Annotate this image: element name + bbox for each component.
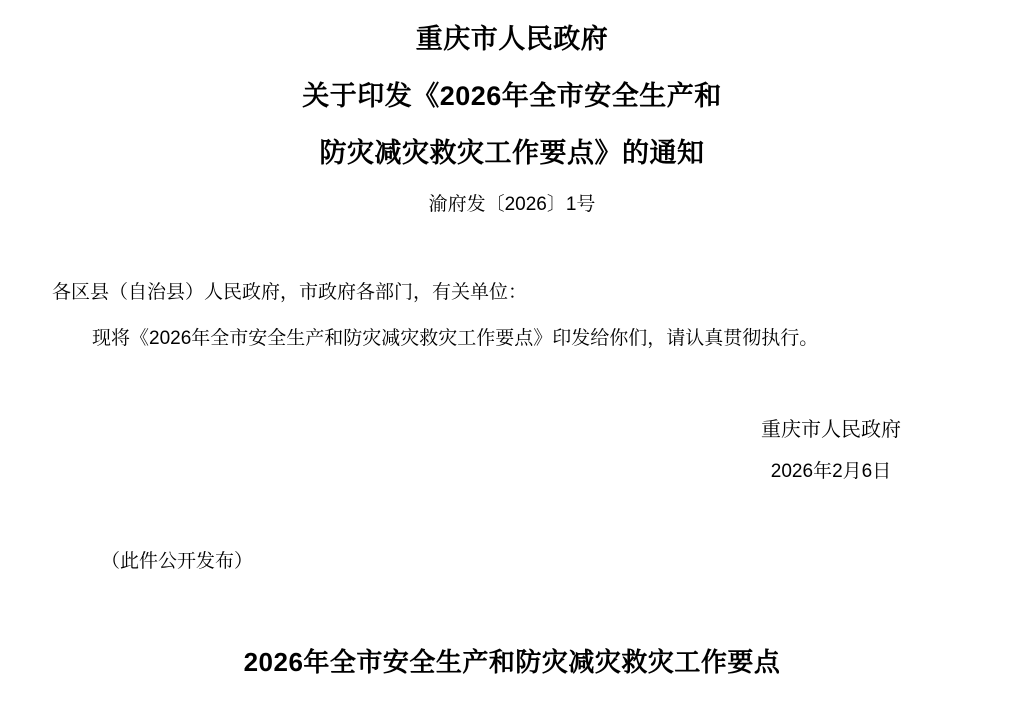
signature-name: 重庆市人民政府	[760, 413, 902, 442]
doc-title-line-3: 防灾减灾救灾工作要点》的通知	[0, 131, 1024, 170]
doc-number: 渝府发〔2026〕1号	[0, 189, 1024, 216]
signature-date: 2026年2月6日	[760, 456, 902, 483]
public-release-note: （此件公开发布）	[101, 546, 253, 573]
doc-title-line-2: 关于印发《2026年全市安全生产和	[0, 74, 1024, 113]
appendix-title: 2026年全市安全生产和防灾减灾救灾工作要点	[0, 642, 1024, 679]
salutation: 各区县（自治县）人民政府，市政府各部门，有关单位：	[52, 277, 527, 304]
doc-title-line-1: 重庆市人民政府	[0, 17, 1024, 56]
body-paragraph: 现将《2026年全市安全生产和防灾减灾救灾工作要点》印发给你们，请认真贯彻执行。	[92, 323, 818, 350]
document-page: 重庆市人民政府 关于印发《2026年全市安全生产和 防灾减灾救灾工作要点》的通知…	[0, 0, 1024, 719]
